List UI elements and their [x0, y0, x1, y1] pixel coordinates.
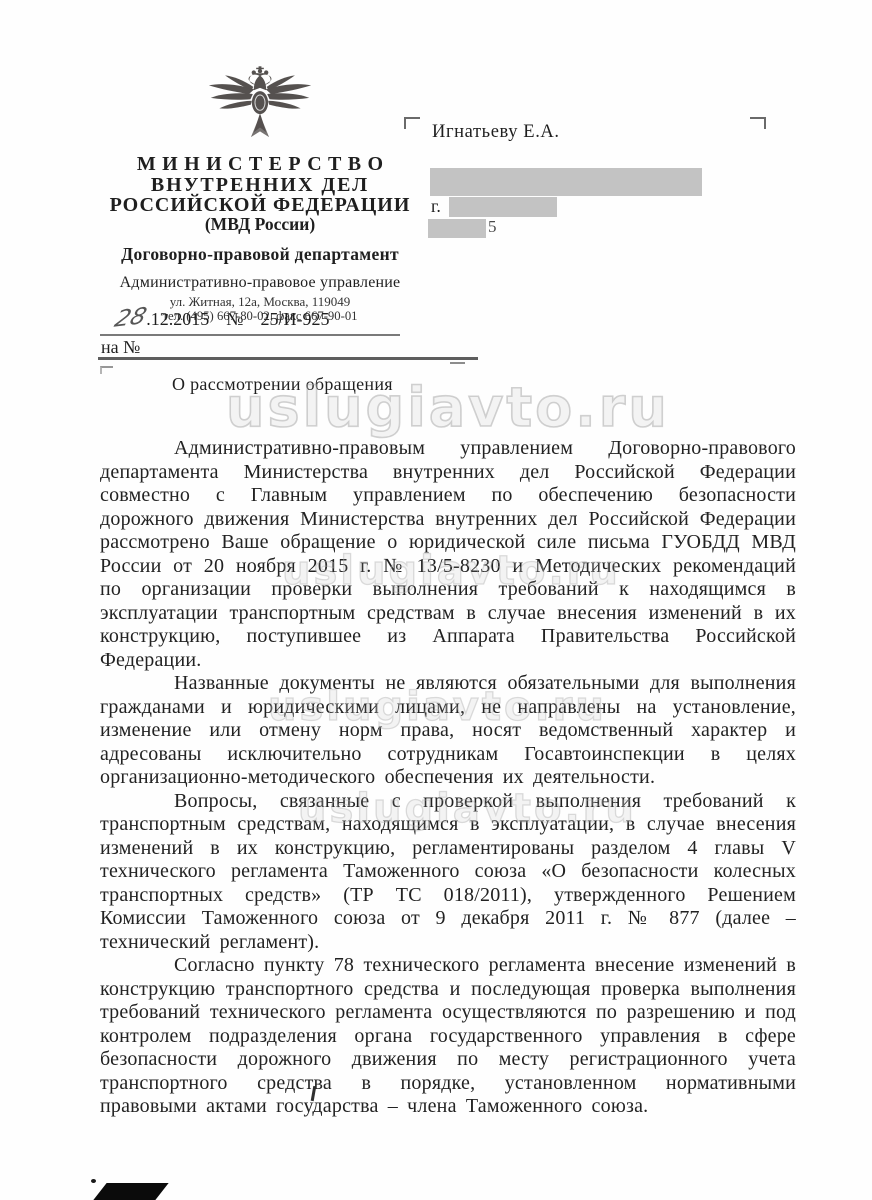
ministry-name-line1: МИНИСТЕРСТВО [95, 154, 425, 175]
address-corner-mark-left [404, 117, 420, 129]
incoming-ref-label: на № [101, 337, 140, 358]
body-paragraph-4: Согласно пункту 78 технического регламен… [100, 954, 796, 1119]
scan-artifact [91, 1179, 96, 1183]
redaction-bar [430, 168, 702, 196]
division-name: Административно-правовое управление [95, 274, 425, 292]
ministry-name-line3: РОССИЙСКОЙ ФЕДЕРАЦИИ [95, 195, 425, 215]
department-name: Договорно-правовой департамент [95, 244, 425, 265]
body-paragraph-1: Административно-правовым управлением Дог… [100, 437, 796, 672]
body-paragraph-3: Вопросы, связанные с проверкой выполнени… [100, 790, 796, 955]
body-paragraph-2: Названные документы не являются обязател… [100, 672, 796, 790]
ref-underline [98, 357, 478, 360]
letterhead: МИНИСТЕРСТВО ВНУТРЕННИХ ДЕЛ РОССИЙСКОЙ Ф… [95, 62, 425, 324]
zone-corner-mark-right [450, 362, 465, 364]
mvd-eagle-emblem-icon [205, 62, 315, 150]
outgoing-date: .12.2015 [146, 309, 209, 329]
letter-body: Административно-правовым управлением Дог… [100, 437, 796, 1119]
subject-line: О рассмотрении обращения [172, 374, 393, 395]
number-sign: № [226, 309, 243, 329]
redaction-bar [449, 197, 557, 217]
scan-artifact [93, 1183, 168, 1200]
ministry-short-name: (МВД России) [95, 215, 425, 234]
redacted-visible-fragment: 5 [488, 217, 497, 237]
outgoing-date-number-line: 28.12.2015 № 25/И-925 [116, 305, 329, 331]
recipient-name: Игнатьеву Е.А. [432, 122, 560, 143]
city-prefix: г. [431, 196, 441, 217]
ministry-name-line2: ВНУТРЕННИХ ДЕЛ [95, 175, 425, 195]
redaction-bar [428, 219, 486, 238]
outgoing-number: 25/И-925 [260, 309, 329, 329]
zone-corner-mark-left [100, 366, 113, 374]
address-corner-mark-right [750, 117, 766, 129]
scanned-letter-page: МИНИСТЕРСТВО ВНУТРЕННИХ ДЕЛ РОССИЙСКОЙ Ф… [0, 0, 872, 1200]
handwritten-day: 28 [112, 303, 150, 332]
date-underline [100, 334, 400, 336]
